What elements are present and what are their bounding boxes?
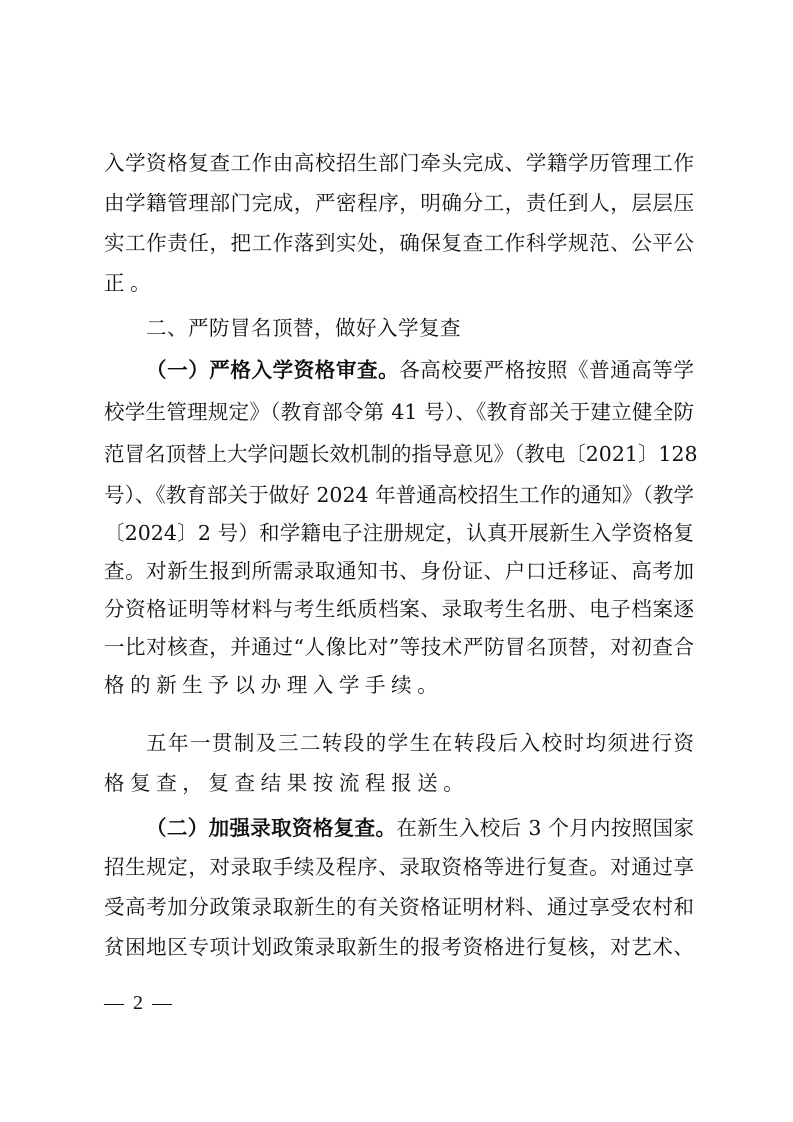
body-text: 各高校要严格按照《普通高等学 xyxy=(399,358,694,382)
subsection-title: （二）加强录取资格复查。 xyxy=(146,816,396,840)
body-text-line: 一比对核查，并通过“人像比对”等技术严防冒名顶替，对初查合 xyxy=(104,632,694,662)
body-text-line: 格复查，复查结果按流程报送。 xyxy=(104,768,694,798)
body-text-line: 招生规定，对录取手续及程序、录取资格等进行复查。对通过享 xyxy=(104,852,694,882)
body-text-line: 正。 xyxy=(104,268,694,298)
body-text-line: 号）、《教育部关于做好 2024 年普通高校招生工作的通知》（教学 xyxy=(104,480,694,510)
body-text-line: 范冒名顶替上大学问题长效机制的指导意见》（教电〔2021〕128 xyxy=(104,439,694,469)
page-number: — 2 — xyxy=(104,988,174,1018)
body-text-line: 格的新生予以办理入学手续。 xyxy=(104,670,694,700)
document-page: 入学资格复查工作由高校招生部门牵头完成、学籍学历管理工作 由学籍管理部门完成，严… xyxy=(0,0,793,1122)
body-text-line: 分资格证明等材料与考生纸质档案、录取考生名册、电子档案逐 xyxy=(104,594,694,624)
body-text: 在新生入校后 3 个月内按照国家 xyxy=(396,816,694,840)
body-text-line: 实工作责任，把工作落到实处，确保复查工作科学规范、公平公 xyxy=(104,228,694,258)
subsection-first-line: （一）严格入学资格审查。各高校要严格按照《普通高等学 xyxy=(146,355,694,385)
body-text-line: 受高考加分政策录取新生的有关资格证明材料、通过享受农村和 xyxy=(104,892,694,922)
body-text-line: 五年一贯制及三二转段的学生在转段后入校时均须进行资 xyxy=(146,728,694,758)
body-text-line: 贫困地区专项计划政策录取新生的报考资格进行复核，对艺术、 xyxy=(104,932,694,962)
subsection-title: （一）严格入学资格审查。 xyxy=(146,358,399,382)
body-text-line: 查。对新生报到所需录取通知书、身份证、户口迁移证、高考加 xyxy=(104,556,694,586)
body-text-line: 校学生管理规定》（教育部令第 41 号）、《教育部关于建立健全防 xyxy=(104,397,694,427)
section-heading: 二、严防冒名顶替，做好入学复查 xyxy=(146,313,694,343)
body-text-line: 〔2024〕2 号）和学籍电子注册规定，认真开展新生入学资格复 xyxy=(104,518,694,548)
body-text-line: 入学资格复查工作由高校招生部门牵头完成、学籍学历管理工作 xyxy=(104,148,694,178)
subsection-first-line: （二）加强录取资格复查。在新生入校后 3 个月内按照国家 xyxy=(146,813,694,843)
body-text-line: 由学籍管理部门完成，严密程序，明确分工，责任到人，层层压 xyxy=(104,188,694,218)
